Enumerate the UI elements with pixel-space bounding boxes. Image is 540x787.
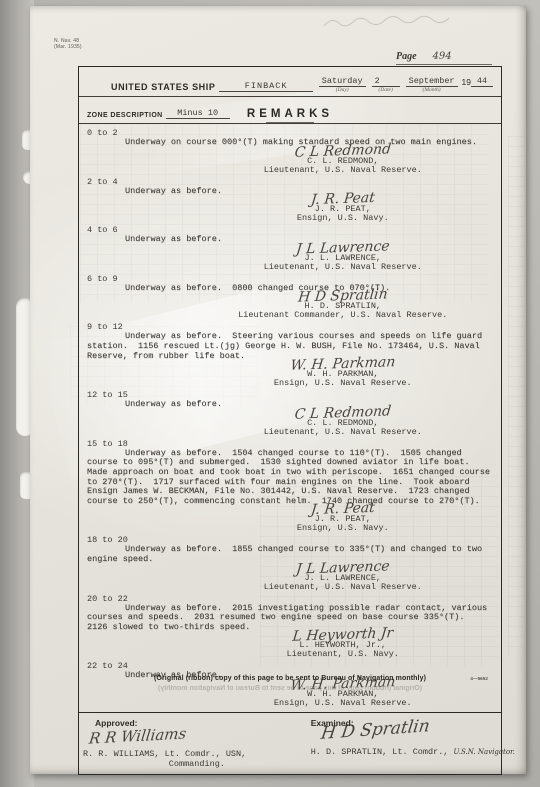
- signature-block: J. R. Peat J. R. PEAT, Ensign, U.S. Navy…: [217, 503, 469, 533]
- signature-block: C L Redmond C. L. REDMOND, Lieutenant, U…: [217, 145, 469, 175]
- log-sheet-paper: N. Nav. 48 (Mar. 1935) Page 494 UNITED S…: [30, 6, 526, 774]
- day-value: Saturday: [319, 76, 366, 87]
- approved-signature: R R Williams: [88, 727, 187, 744]
- remark-text: Underway as before. 1504 changed course …: [87, 449, 493, 507]
- officer-rank: Ensign, U.S. Naval Reserve.: [217, 699, 469, 708]
- fine-print-text: (Original (ribbon) copy of this page to …: [154, 675, 426, 682]
- ship-name: FINBACK: [219, 81, 312, 92]
- fineprint-area: (Original (ribbon) copy of this page to …: [78, 670, 502, 692]
- signature-block: C L Redmond C. L. REDMOND, Lieutenant, U…: [217, 407, 469, 437]
- page-number: 494: [433, 51, 452, 62]
- examined-officer-name: H. D. SPRATLIN, Lt. Comdr., U.S.N. Navig…: [311, 748, 497, 758]
- log-entry-4-6: 4 to 6 Underway as before. J L Lawrence …: [87, 226, 493, 272]
- examined-handwritten-title: U.S.N. Navigator.: [454, 748, 515, 756]
- approved-officer-name: R. R. WILLIAMS, Lt. Comdr., USN,: [83, 750, 311, 760]
- date-field: 2 (Date): [372, 76, 400, 93]
- scanned-logbook-page: N. Nav. 48 (Mar. 1935) Page 494 UNITED S…: [0, 0, 540, 787]
- remarks-entries: 0 to 2 Underway on course 000°(T) making…: [79, 124, 501, 708]
- officer-rank: Lieutenant, U.S. Naval Reserve.: [217, 428, 469, 437]
- log-entry-6-9: 6 to 9 Underway as before. 0800 changed …: [87, 275, 493, 321]
- approvals-section: Approved: R R Williams R. R. WILLIAMS, L…: [79, 712, 501, 775]
- date-value: 2: [372, 76, 400, 87]
- log-entry-15-18: 15 to 18 Underway as before. 1504 change…: [87, 440, 493, 534]
- month-value: September: [406, 76, 458, 87]
- approved-label: Approved:: [95, 718, 311, 728]
- date-sublabel: (Date): [378, 87, 392, 93]
- remarks-title: REMARKS: [79, 108, 501, 120]
- month-sublabel: (Month): [423, 87, 441, 93]
- officer-rank: Ensign, U.S. Navy.: [217, 214, 469, 223]
- officer-rank: Ensign, U.S. Navy.: [217, 524, 469, 533]
- fine-print: (Original (ribbon) copy of this page to …: [78, 675, 502, 682]
- log-entry-0-2: 0 to 2 Underway on course 000°(T) making…: [87, 129, 493, 175]
- examined-block: Examined: H D Spratlin H. D. SPRATLIN, L…: [311, 716, 497, 770]
- year-printed: 19: [462, 77, 471, 87]
- pencil-scribble: [320, 12, 470, 34]
- officer-rank: Lieutenant, U.S. Naval Reserve.: [217, 583, 469, 592]
- examined-name-text: H. D. SPRATLIN, Lt. Comdr.,: [311, 747, 449, 757]
- officer-rank: Lieutenant Commander, U.S. Naval Reserve…: [217, 311, 469, 320]
- officer-rank: Lieutenant, U.S. Navy.: [217, 650, 469, 659]
- year-value: 44: [471, 76, 493, 87]
- signature-block: H D Spratlin H. D. SPRATLIN, Lieutenant …: [217, 290, 469, 320]
- officer-rank: Lieutenant, U.S. Naval Reserve.: [217, 263, 469, 272]
- examined-signature: H D Spratlin: [320, 720, 430, 740]
- page-label: Page: [396, 51, 417, 62]
- log-entry-9-12: 9 to 12 Underway as before. Steering var…: [87, 323, 493, 388]
- form-number: N. Nav. 48 (Mar. 1935): [54, 38, 82, 50]
- year-field: 19 44: [462, 76, 493, 87]
- log-entry-20-22: 20 to 22 Underway as before. 2015 invest…: [87, 595, 493, 660]
- form-number-line2: (Mar. 1935): [54, 44, 82, 50]
- signature-block: L Heyworth Jr L. HEYWORTH, Jr., Lieutena…: [217, 629, 469, 659]
- log-entry-18-20: 18 to 20 Underway as before. 1855 change…: [87, 536, 493, 591]
- ship-label: UNITED STATES SHIP: [111, 82, 215, 92]
- signature-block: W. H. Parkman W. H. PARKMAN, Ensign, U.S…: [217, 358, 469, 388]
- month-field: September (Month): [406, 76, 458, 93]
- log-entry-12-15: 12 to 15 Underway as before. C L Redmond…: [87, 391, 493, 437]
- signature-block: J L Lawrence J. L. LAWRENCE, Lieutenant,…: [217, 242, 469, 272]
- ship-date-row: UNITED STATES SHIP FINBACK Saturday (Day…: [79, 67, 501, 97]
- approved-officer-title: Commanding.: [83, 759, 311, 769]
- bleed-grid: [508, 136, 524, 656]
- signature-block: J. R. Peat J. R. PEAT, Ensign, U.S. Navy…: [217, 193, 469, 223]
- officer-rank: Ensign, U.S. Naval Reserve.: [217, 379, 469, 388]
- print-code: 4—5652: [470, 676, 488, 681]
- day-sublabel: (Day): [336, 87, 349, 93]
- remarks-underline: [266, 122, 314, 123]
- page-number-line: Page 494: [396, 46, 492, 65]
- day-field: Saturday (Day): [319, 76, 366, 93]
- fine-print-bleed-mirror: (Original (ribbon) copy of this page to …: [78, 685, 502, 692]
- officer-rank: Lieutenant, U.S. Naval Reserve.: [217, 166, 469, 175]
- signature-block: J L Lawrence J. L. LAWRENCE, Lieutenant,…: [217, 562, 469, 592]
- deck-log-form: UNITED STATES SHIP FINBACK Saturday (Day…: [78, 66, 502, 775]
- zone-remarks-row: ZONE DESCRIPTION Minus 10 REMARKS: [79, 97, 501, 124]
- approved-block: Approved: R R Williams R. R. WILLIAMS, L…: [83, 716, 311, 770]
- log-entry-2-4: 2 to 4 Underway as before. J. R. Peat J.…: [87, 178, 493, 224]
